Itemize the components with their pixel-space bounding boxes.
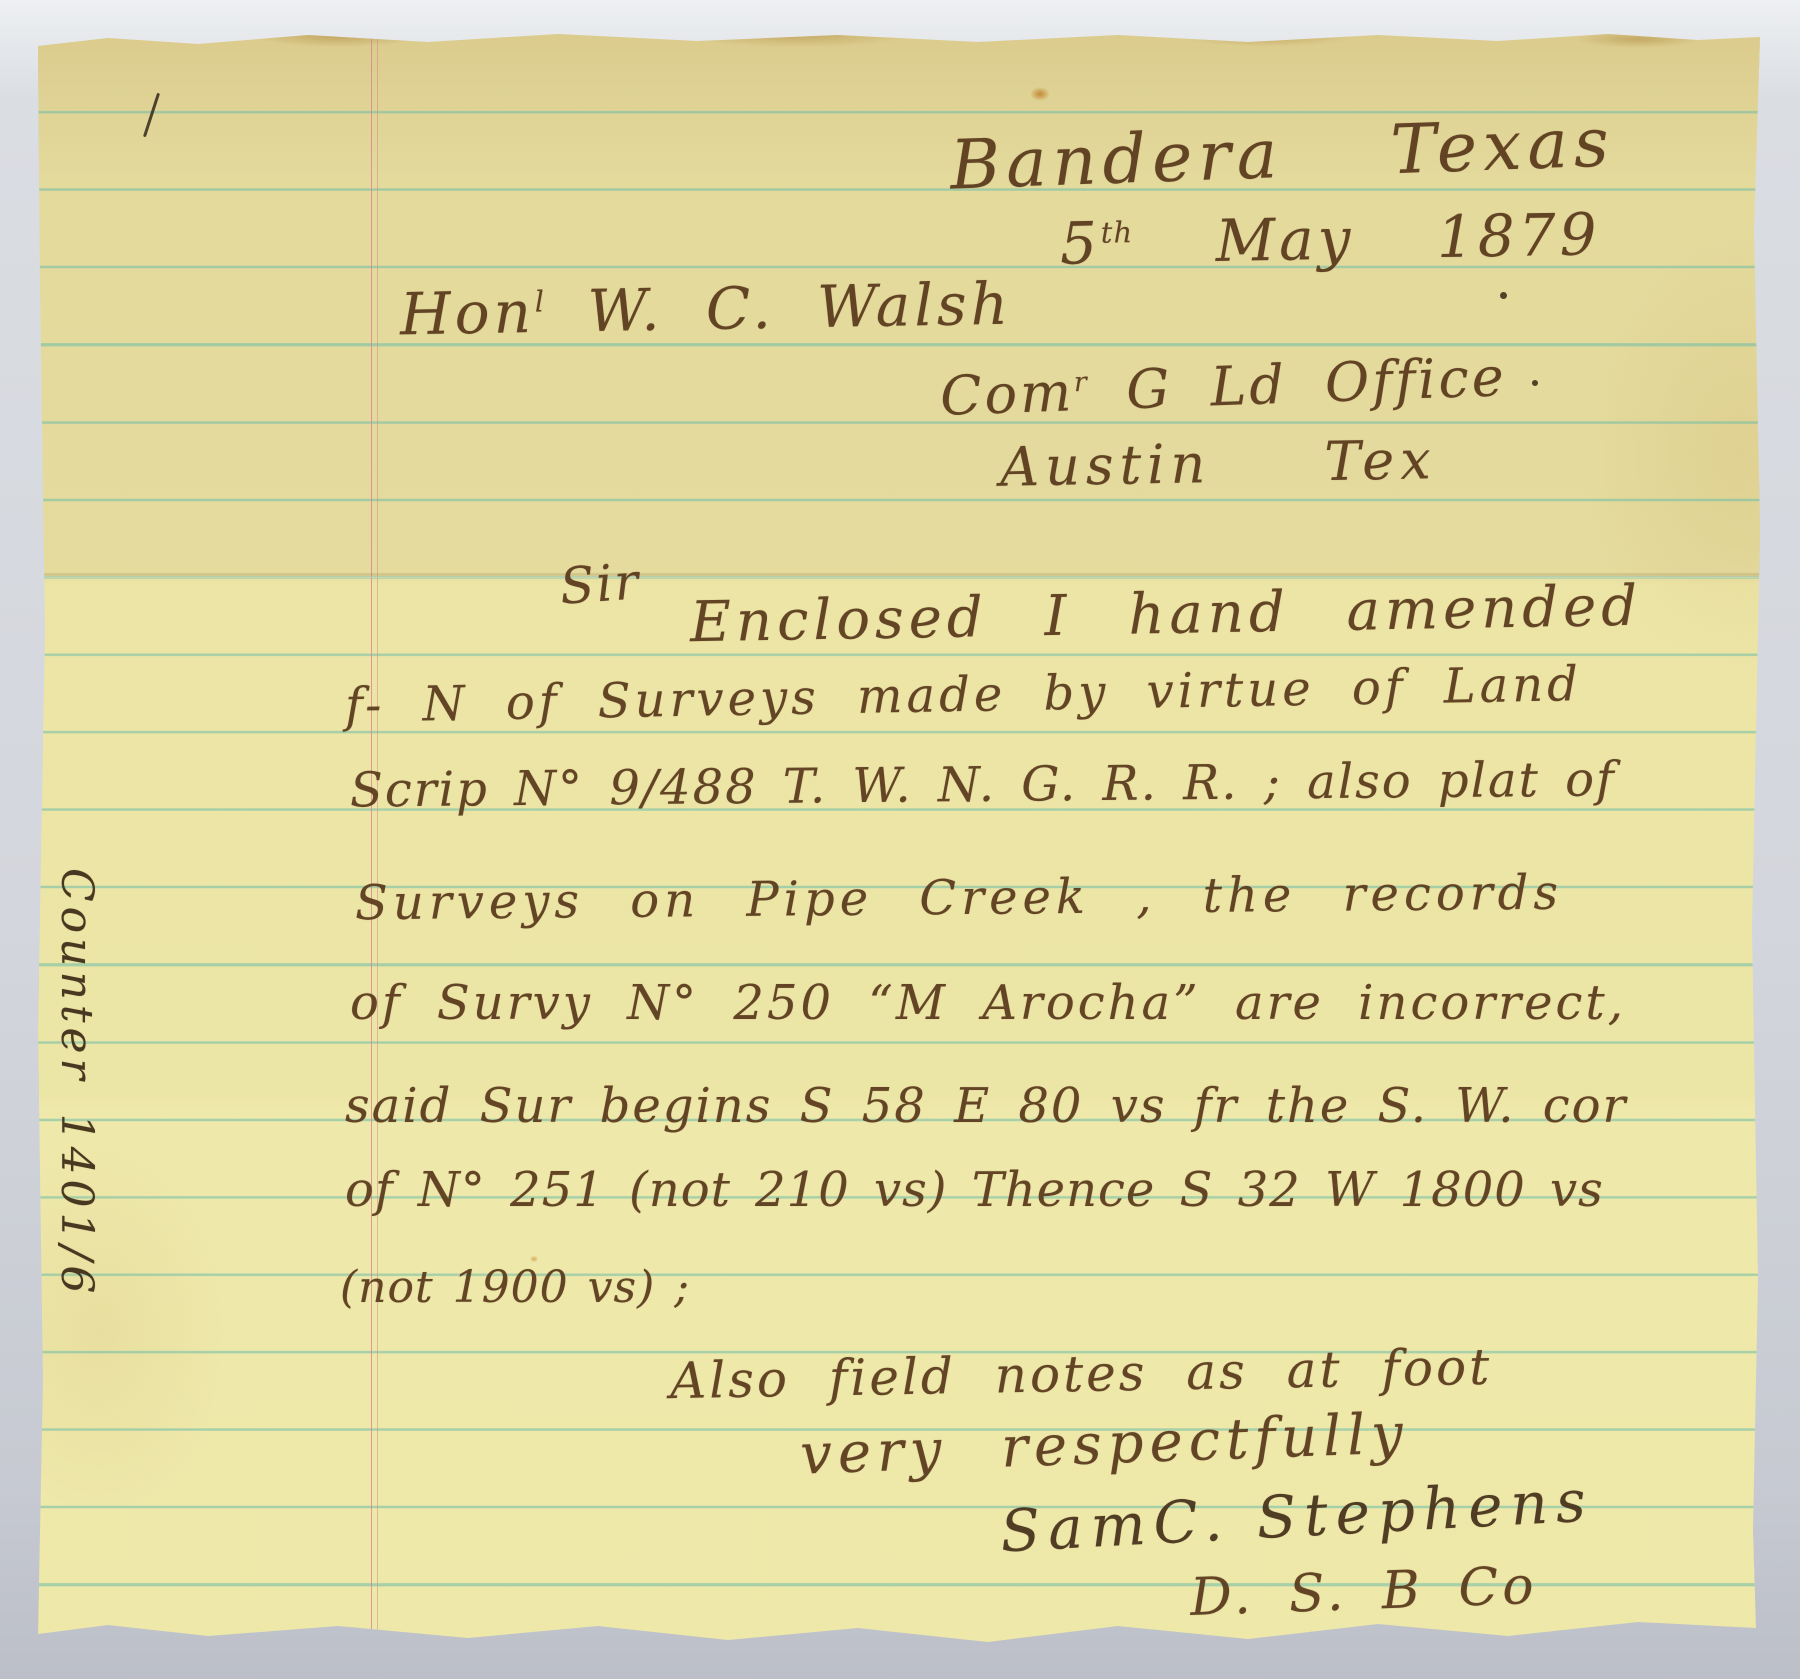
date-rest xyxy=(1133,207,1217,276)
recipient-honorific: Hon xyxy=(399,278,535,348)
recipient-line: Honl W. C. Walsh xyxy=(399,270,1012,349)
office-prefix-sup: r xyxy=(1073,367,1088,398)
date-day: 5 xyxy=(1059,209,1101,278)
letter-date: 5th May 1879 xyxy=(1059,200,1601,277)
recipient-name: W. C. Walsh xyxy=(587,270,1012,345)
body-line: said Sur begins S 58 E 80 vs fr the S. W… xyxy=(345,1078,1627,1134)
letter-paper: Bandera Texas 5th May 1879 Honl W. C. Wa… xyxy=(38,30,1760,1648)
date-month-year: May 1879 xyxy=(1215,200,1601,275)
office-rest: G Ld Office xyxy=(1125,345,1508,421)
ink-dot xyxy=(1532,380,1538,386)
scan-backdrop: { "letter": { "place": "Bandera Texas", … xyxy=(0,0,1800,1679)
body-line: Surveys on Pipe Creek , the records xyxy=(355,865,1563,932)
salutation: Sir xyxy=(558,552,642,615)
body-line: of Survy N° 250 “M Arocha” are incorrect… xyxy=(350,975,1626,1031)
recipient-spacer xyxy=(545,277,589,346)
body-line: Scrip N° 9/488 T. W. N. G. R. R. ; also … xyxy=(350,751,1616,818)
recipient-city-line: Austin Tex xyxy=(999,428,1437,499)
body-line: of N° 251 (not 210 vs) Thence S 32 W 180… xyxy=(345,1162,1604,1218)
office-prefix: Com xyxy=(939,360,1075,428)
signature-title: D. S. B Co xyxy=(1189,1556,1538,1628)
date-ordinal: th xyxy=(1100,215,1133,250)
margin-rule-line xyxy=(371,30,378,1648)
body-line: (not 1900 vs) ; xyxy=(340,1262,690,1313)
archival-margin-note: Counter 1401/6 xyxy=(51,868,102,1298)
office-spacer xyxy=(1087,358,1127,422)
ink-dot xyxy=(1500,292,1507,299)
